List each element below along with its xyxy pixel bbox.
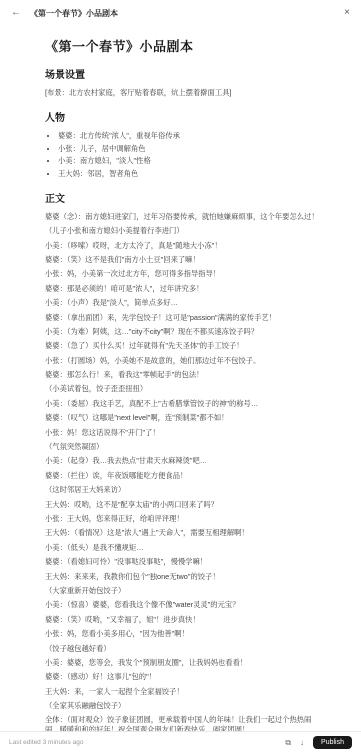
script-line: 小张：（打圆场）妈，小美她不是故意的，她们那边过年不包饺子。 <box>45 356 319 366</box>
script-line: （儿子小张和南方媳妇小美提着行李进门） <box>45 226 319 236</box>
script-line: 王大妈：来，一家人一起捏个全家福饺子！ <box>45 687 319 697</box>
app-window: ← 《第一个春节》小品剧本 × 《第一个春节》小品剧本 场景设置[布景：北方农村… <box>0 0 361 753</box>
copy-icon[interactable]: ⧉ <box>285 739 291 747</box>
script-line: 王大妈：来来来，我教你们包个"独one无two"的饺子！ <box>45 572 319 582</box>
script-line: 婆婆：（拿出面团）来，先学包饺子！这可是"passion"满满的家传手艺！ <box>45 313 319 323</box>
publish-button[interactable]: Publish <box>313 736 352 749</box>
list-item: 婆婆：北方传统"浓人"，重视年俗传承 <box>58 131 319 141</box>
script-line: 小美：（为难）阿姨，这…"city不city"啊？现在不都买速冻饺子吗？ <box>45 327 319 337</box>
section-heading: 正文 <box>45 190 319 205</box>
script-line: 全体：（面对观众）饺子象征团圆，更承载着中国人的年味！让我们一起过个热热闹闹、暖… <box>45 715 319 731</box>
script-line: 小张：妈，小美第一次过北方年，您可得多指导指导！ <box>45 269 319 279</box>
script-line: 小张：妈，您看小美多用心，"因为他善"啊！ <box>45 629 319 639</box>
script-line: 小美：（委屈）我这手艺，真配不上"古希腊掌管饺子的神"的称号… <box>45 399 319 409</box>
script-line: （全家其乐融融包饺子） <box>45 701 319 711</box>
script-line: 婆婆：那怎么行！来，看我这"零帧起手"的包法！ <box>45 370 319 380</box>
script-line: 小美：（小声）我是"淡人"，简单点多好… <box>45 298 319 308</box>
back-icon[interactable]: ← <box>11 8 21 18</box>
script-line: （气氛突然凝固） <box>45 442 319 452</box>
footer-actions: ⧉ ↓ Publish <box>285 736 352 749</box>
list-item: 小张：儿子，居中调解角色 <box>58 144 319 154</box>
script-line: 婆婆：（叹气）这哪是"next level"啊，连"预制菜"都不如！ <box>45 413 319 423</box>
script-line: 婆婆：（拦住）诶，年夜饭哪能吃方便食品！ <box>45 471 319 481</box>
script-line: 婆婆：那是必须的！咱可是"浓人"，过年讲究多！ <box>45 284 319 294</box>
script-line: 婆婆（念）：南方媳妇进家门，过年习俗要传承，就怕她嫌麻烦事，这个年要怎么过！ <box>45 212 319 222</box>
script-line: 小美：（低头）是我不懂规矩… <box>45 543 319 553</box>
script-line: 小美：（哆嗦）哎呀，北方太冷了，真是"随地大小冻"！ <box>45 241 319 251</box>
top-bar: ← 《第一个春节》小品剧本 × <box>0 0 361 26</box>
last-edited-status: Last edited 3 minutes ago <box>9 739 83 746</box>
script-line: （大家重新开始包饺子） <box>45 586 319 596</box>
script-line: 小张：王大妈，您来得正好，给咱评评理！ <box>45 514 319 524</box>
script-line: 婆婆：（感动）好！这事儿"包的"！ <box>45 672 319 682</box>
script-line: 婆婆：（笑）哎哟，"又幸福了，姐"！进步真快！ <box>45 615 319 625</box>
document-sections: 场景设置[布景：北方农村家庭，客厅贴着春联，炕上摆着擀面工具]人物婆婆：北方传统… <box>45 66 319 731</box>
script-line: 王大妈：（看情况）这是"浓人"遇上"天命人"，需要互相理解啊！ <box>45 528 319 538</box>
script-line: 小美：婆婆，您等会，我发个"预制朋友圈"，让我妈妈也看看！ <box>45 658 319 668</box>
script-line: （饺子越包越好看） <box>45 644 319 654</box>
download-icon[interactable]: ↓ <box>300 739 304 747</box>
window-title: 《第一个春节》小品剧本 <box>30 8 118 19</box>
section-heading: 人物 <box>45 109 319 124</box>
script-line: 婆婆：（笑）这不是我们"南方小土豆"回来了嘛！ <box>45 255 319 265</box>
script-line: 王大妈：哎哟，这不是"配享太庙"的小两口回来了吗？ <box>45 500 319 510</box>
script-line: 小美：（起身）我…我去热点"甘肃天水麻辣烫"吧… <box>45 456 319 466</box>
script-line: [布景：北方农村家庭，客厅贴着春联，炕上摆着擀面工具] <box>45 88 319 98</box>
script-line: 小张：妈！您这话说得不"开门"了！ <box>45 428 319 438</box>
character-list: 婆婆：北方传统"浓人"，重视年俗传承小张：儿子，居中调解角色小美：南方媳妇，"淡… <box>45 131 319 179</box>
document: 《第一个春节》小品剧本 场景设置[布景：北方农村家庭，客厅贴着春联，炕上摆着擀面… <box>0 26 361 731</box>
script-line: 小美：（惊喜）婆婆，您看我这个像不像"water灵灵"的元宝？ <box>45 600 319 610</box>
list-item: 小美：南方媳妇，"淡人"性格 <box>58 156 319 166</box>
section-heading: 场景设置 <box>45 66 319 81</box>
script-line: （这时邻居王大妈来访） <box>45 485 319 495</box>
close-icon[interactable]: × <box>344 8 350 18</box>
script-line: 婆婆：（看媳妇可怜）"没事哒没事哒"，慢慢学嘛！ <box>45 557 319 567</box>
script-line: 婆婆：（急了）买什么买！过年就得有"先天圣体"的手工饺子！ <box>45 341 319 351</box>
script-line: （小美试着包，饺子歪歪扭扭） <box>45 384 319 394</box>
document-title: 《第一个春节》小品剧本 <box>45 36 319 55</box>
footer-bar: Last edited 3 minutes ago ⧉ ↓ Publish <box>0 731 361 753</box>
list-item: 王大妈：邻居，智者角色 <box>58 169 319 179</box>
